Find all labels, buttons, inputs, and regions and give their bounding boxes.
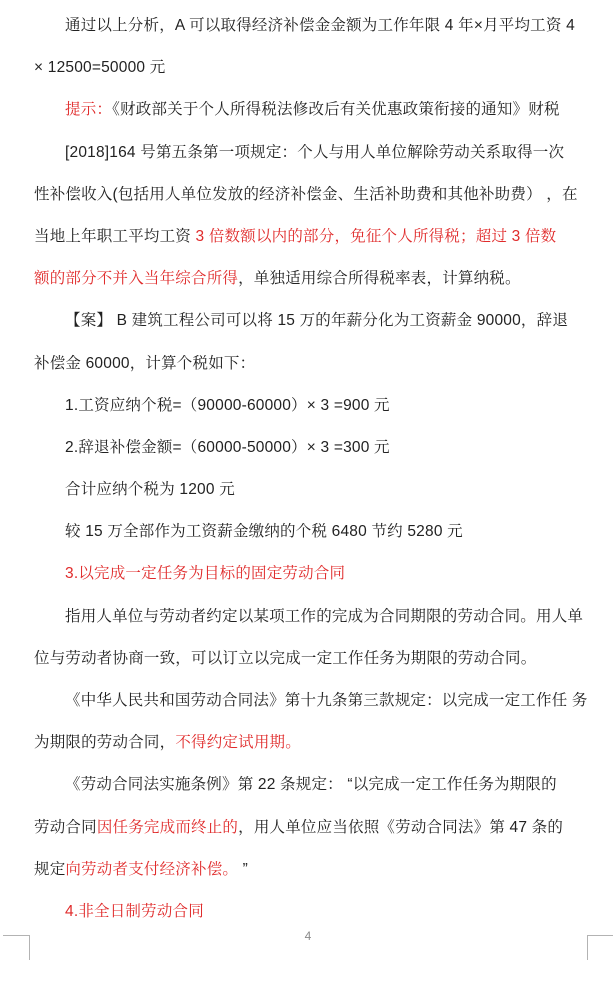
highlighted-text: 3.以完成一定任务为目标的固定劳动合同 — [65, 565, 345, 582]
highlighted-text: 向劳动者支付经济补偿。 — [65, 861, 238, 878]
text-line: 通过以上分析，A 可以取得经济补偿金金额为工作年限 4 年×月平均工资 4 — [34, 5, 588, 47]
body-text: 较 15 万全部作为工资薪金缴纳的个税 6480 节约 5280 元 — [65, 523, 463, 540]
body-text: 1.工资应纳个税=（90000-60000）× 3 =900 元 — [65, 397, 390, 414]
body-text: 2.辞退补偿金额=（60000-50000）× 3 =300 元 — [65, 439, 390, 456]
text-line: 当地上年职工平均工资 3 倍数额以内的部分，免征个人所得税；超过 3 倍数 — [34, 216, 588, 258]
text-line: 性补偿收入(包括用人单位发放的经济补偿金、生活补助费和其他补助费） ，在 — [34, 174, 588, 216]
text-line: 2.辞退补偿金额=（60000-50000）× 3 =300 元 — [34, 427, 588, 469]
text-line: [2018]164 号第五条第一项规定：个人与用人单位解除劳动关系取得一次 — [34, 132, 588, 174]
body-text: 补偿金 60000，计算个税如下： — [34, 355, 255, 372]
body-text: 《劳动合同法实施条例》第 22 条规定： “以完成一定工作任务为期限的 — [65, 776, 557, 793]
text-line: 规定向劳动者支付经济补偿。 ” — [34, 849, 588, 891]
margin-crop-mark-bottom-right-vertical — [587, 935, 588, 960]
margin-crop-mark-bottom-left-vertical — [29, 935, 30, 960]
body-text: 性补偿收入(包括用人单位发放的经济补偿金、生活补助费和其他补助费） ，在 — [34, 186, 578, 203]
body-text: 规定 — [34, 861, 65, 878]
margin-crop-mark-bottom-right-horizontal — [587, 935, 613, 936]
text-line: 额的部分不并入当年综合所得，单独适用综合所得税率表，计算纳税。 — [34, 258, 588, 300]
body-text: 《中华人民共和国劳动合同法》第十九条第三款规定：以完成一定工作任 务 — [65, 692, 588, 709]
body-text: 为期限的劳动合同， — [34, 734, 175, 751]
text-line: 3.以完成一定任务为目标的固定劳动合同 — [34, 553, 588, 595]
highlighted-text: 因任务完成而终止的 — [97, 819, 238, 836]
body-text: 指用人单位与劳动者约定以某项工作的完成为合同期限的劳动合同。用人单 — [65, 608, 583, 625]
body-text: 【案】 B 建筑工程公司可以将 15 万的年薪分化为工资薪金 90000，辞退 — [65, 312, 568, 329]
text-line: 合计应纳个税为 1200 元 — [34, 469, 588, 511]
page-number: 4 — [0, 928, 616, 944]
body-text: 位与劳动者协商一致，可以订立以完成一定工作任务为期限的劳动合同。 — [34, 650, 536, 667]
document-page: 通过以上分析，A 可以取得经济补偿金金额为工作年限 4 年×月平均工资 4× 1… — [0, 0, 616, 990]
text-line: 4.非全日制劳动合同 — [34, 891, 588, 933]
body-text: 劳动合同 — [34, 819, 97, 836]
highlighted-text: 提示： — [65, 101, 112, 118]
text-line: 【案】 B 建筑工程公司可以将 15 万的年薪分化为工资薪金 90000，辞退 — [34, 300, 588, 342]
text-line: 指用人单位与劳动者约定以某项工作的完成为合同期限的劳动合同。用人单 — [34, 596, 588, 638]
text-line: 位与劳动者协商一致，可以订立以完成一定工作任务为期限的劳动合同。 — [34, 638, 588, 680]
highlighted-text: 额的部分不并入当年综合所得 — [34, 270, 238, 287]
text-line: 《中华人民共和国劳动合同法》第十九条第三款规定：以完成一定工作任 务 — [34, 680, 588, 722]
body-text: ，用人单位应当依照《劳动合同法》第 47 条的 — [238, 819, 563, 836]
text-line: 提示：《财政部关于个人所得税法修改后有关优惠政策衔接的通知》财税 — [34, 89, 588, 131]
body-text: 当地上年职工平均工资 — [34, 228, 196, 245]
text-line: 补偿金 60000，计算个税如下： — [34, 343, 588, 385]
highlighted-text: 不得约定试用期。 — [175, 734, 301, 751]
body-text: ” — [238, 861, 248, 878]
highlighted-text: 3 倍数额以内的部分，免征个人所得税；超过 3 倍数 — [196, 228, 557, 245]
text-line: 《劳动合同法实施条例》第 22 条规定： “以完成一定工作任务为期限的 — [34, 764, 588, 806]
margin-crop-mark-bottom-left-horizontal — [3, 935, 29, 936]
text-line: 劳动合同因任务完成而终止的，用人单位应当依照《劳动合同法》第 47 条的 — [34, 807, 588, 849]
body-text: 通过以上分析，A 可以取得经济补偿金金额为工作年限 4 年×月平均工资 4 — [65, 17, 575, 34]
text-line: 为期限的劳动合同，不得约定试用期。 — [34, 722, 588, 764]
body-text: [2018]164 号第五条第一项规定：个人与用人单位解除劳动关系取得一次 — [65, 144, 564, 161]
text-lines: 通过以上分析，A 可以取得经济补偿金金额为工作年限 4 年×月平均工资 4× 1… — [34, 0, 588, 933]
text-line: 较 15 万全部作为工资薪金缴纳的个税 6480 节约 5280 元 — [34, 511, 588, 553]
body-text: 合计应纳个税为 1200 元 — [65, 481, 235, 498]
text-line: 1.工资应纳个税=（90000-60000）× 3 =900 元 — [34, 385, 588, 427]
text-line: × 12500=50000 元 — [34, 47, 588, 89]
body-text: ，单独适用综合所得税率表，计算纳税。 — [238, 270, 521, 287]
body-text: × 12500=50000 元 — [34, 59, 165, 76]
body-text: 《财政部关于个人所得税法修改后有关优惠政策衔接的通知》财税 — [112, 101, 560, 118]
highlighted-text: 4.非全日制劳动合同 — [65, 903, 204, 920]
